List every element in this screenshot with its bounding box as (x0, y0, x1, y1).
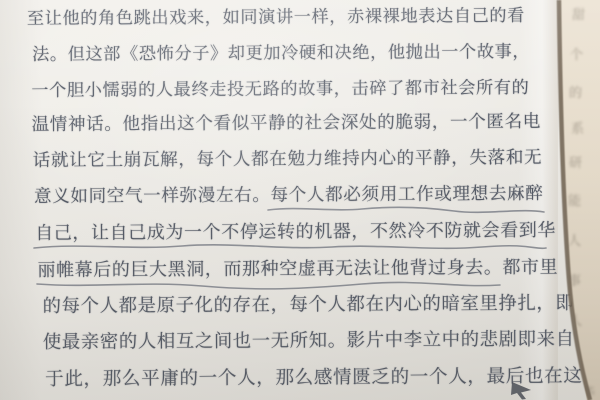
edge-text-fragment: 甜 (572, 4, 585, 23)
edge-text-fragment: 研 (569, 152, 582, 171)
text-line: 于此，那么平庸的一个人，那么感情匮乏的一个人，最后也在这 (45, 362, 583, 391)
text-line: 温情神话。他指出这个看似平静的社会深处的脆弱，一个匿名电 (31, 108, 541, 136)
text-line: 意义如同空气一样弥漫左右。每个人都必须用工作或理想去麻醉 (34, 180, 544, 208)
text-line: 使最亲密的人相互之间也一无所知。影片中李立中的悲剧即来自 (43, 325, 575, 354)
text-line: 法。但这部《恐怖分子》却更加冷硬和决绝，他抛出一个故事， (32, 37, 530, 65)
edge-text-fragment: 的 (569, 82, 582, 101)
edge-text-fragment: 个 (570, 44, 583, 63)
page-text: 至让他的角色跳出戏来，如同演讲一样，赤裸裸地表达自己的看 法。但这部《恐怖分子》… (0, 0, 559, 400)
edge-text-fragment: 能 (568, 190, 581, 209)
text-line: 话就让它土崩瓦解，每个人都在勉力维持内心的平静，失落和无 (33, 144, 543, 172)
edge-text-fragment: 系 (571, 118, 584, 137)
edge-text-fragment: 人 (568, 230, 581, 249)
edge-text-fragment: 事 (568, 270, 581, 289)
book-page: 至让他的角色跳出戏来，如同演讲一样，赤裸裸地表达自己的看 法。但这部《恐怖分子》… (0, 0, 558, 400)
text-line: 丽帷幕后的巨大黑洞，而那种空虚再无法让他背过身去。都市里 (37, 253, 558, 282)
edge-text-fragment: 华 (582, 382, 595, 400)
text-line: 的每个人都是原子化的存在，每个人都在内心的暗室里挣扎，即 (43, 289, 575, 318)
text-line: 至让他的角色跳出戏来，如同演讲一样，赤裸裸地表达自己的看 (27, 1, 525, 29)
book-photo: 至让他的角色跳出戏来，如同演讲一样，赤裸裸地表达自己的看 法。但这部《恐怖分子》… (0, 0, 600, 400)
text-line: 一个胆小懦弱的人最终走投无路的故事，击碎了都市社会所有的 (31, 73, 529, 101)
text-line: 自己，让自己成为一个不停运转的机器，不然冷不防就会看到华 (35, 216, 556, 245)
